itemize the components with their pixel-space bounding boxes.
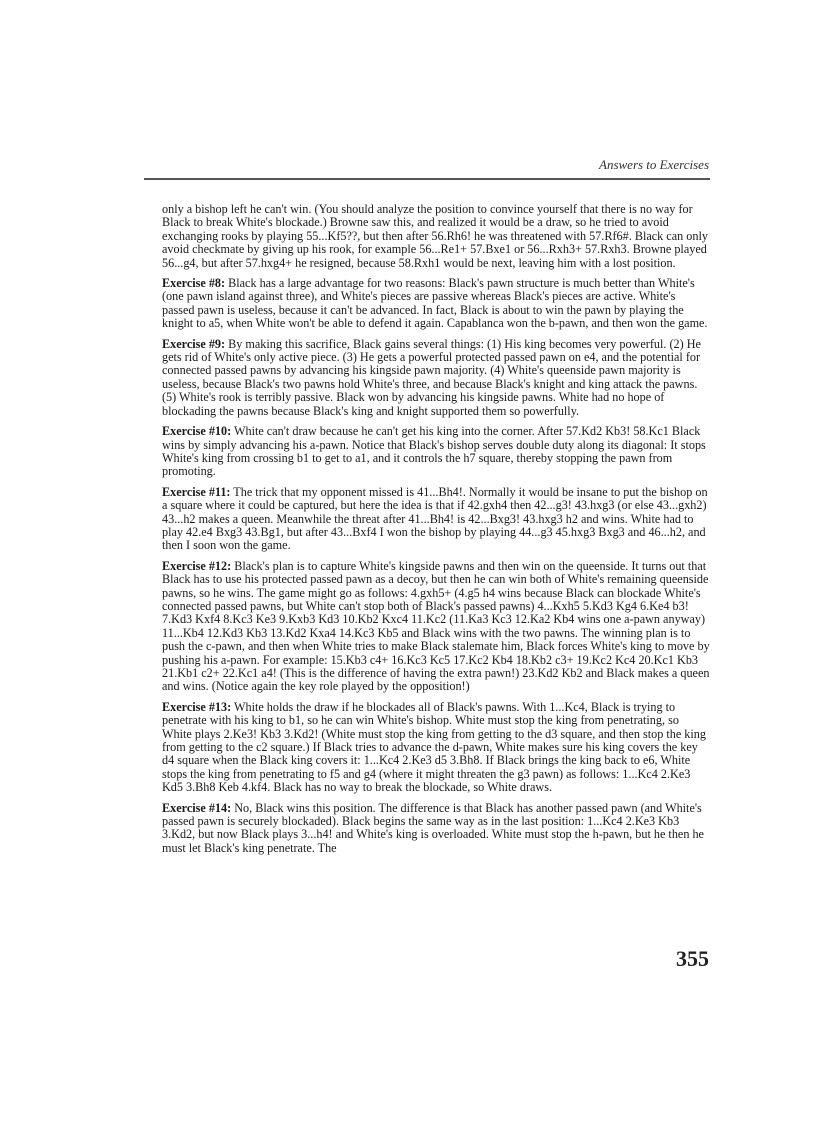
exercise-14: Exercise #14: No, Black wins this positi…: [162, 802, 710, 856]
exercise-text: No, Black wins this position. The differ…: [162, 801, 704, 855]
exercise-label: Exercise #10:: [162, 424, 231, 438]
exercise-label: Exercise #14:: [162, 801, 231, 815]
exercise-label: Exercise #11:: [162, 485, 230, 499]
exercise-12: Exercise #12: Black's plan is to capture…: [162, 560, 710, 694]
continuation-paragraph: only a bishop left he can't win. (You sh…: [162, 203, 710, 270]
exercise-label: Exercise #13:: [162, 700, 231, 714]
exercise-text: White can't draw because he can't get hi…: [162, 424, 706, 478]
exercise-label: Exercise #9:: [162, 337, 225, 351]
running-head: Answers to Exercises: [599, 157, 709, 173]
exercise-text: The trick that my opponent missed is 41.…: [162, 485, 708, 553]
exercise-label: Exercise #8:: [162, 276, 225, 290]
exercise-text: White holds the draw if he blockades all…: [162, 700, 706, 794]
header-rule: [144, 178, 710, 180]
exercise-9: Exercise #9: By making this sacrifice, B…: [162, 338, 710, 418]
exercise-8: Exercise #8: Black has a large advantage…: [162, 277, 710, 331]
exercise-text: By making this sacrifice, Black gains se…: [162, 337, 701, 418]
exercise-text: Black has a large advantage for two reas…: [162, 276, 708, 330]
body-text: only a bishop left he can't win. (You sh…: [162, 203, 710, 862]
exercise-13: Exercise #13: White holds the draw if he…: [162, 701, 710, 795]
exercise-label: Exercise #12:: [162, 559, 231, 573]
exercise-10: Exercise #10: White can't draw because h…: [162, 425, 710, 479]
exercise-11: Exercise #11: The trick that my opponent…: [162, 486, 710, 553]
exercise-text: Black's plan is to capture White's kings…: [162, 559, 710, 694]
page-number: 355: [676, 946, 709, 972]
